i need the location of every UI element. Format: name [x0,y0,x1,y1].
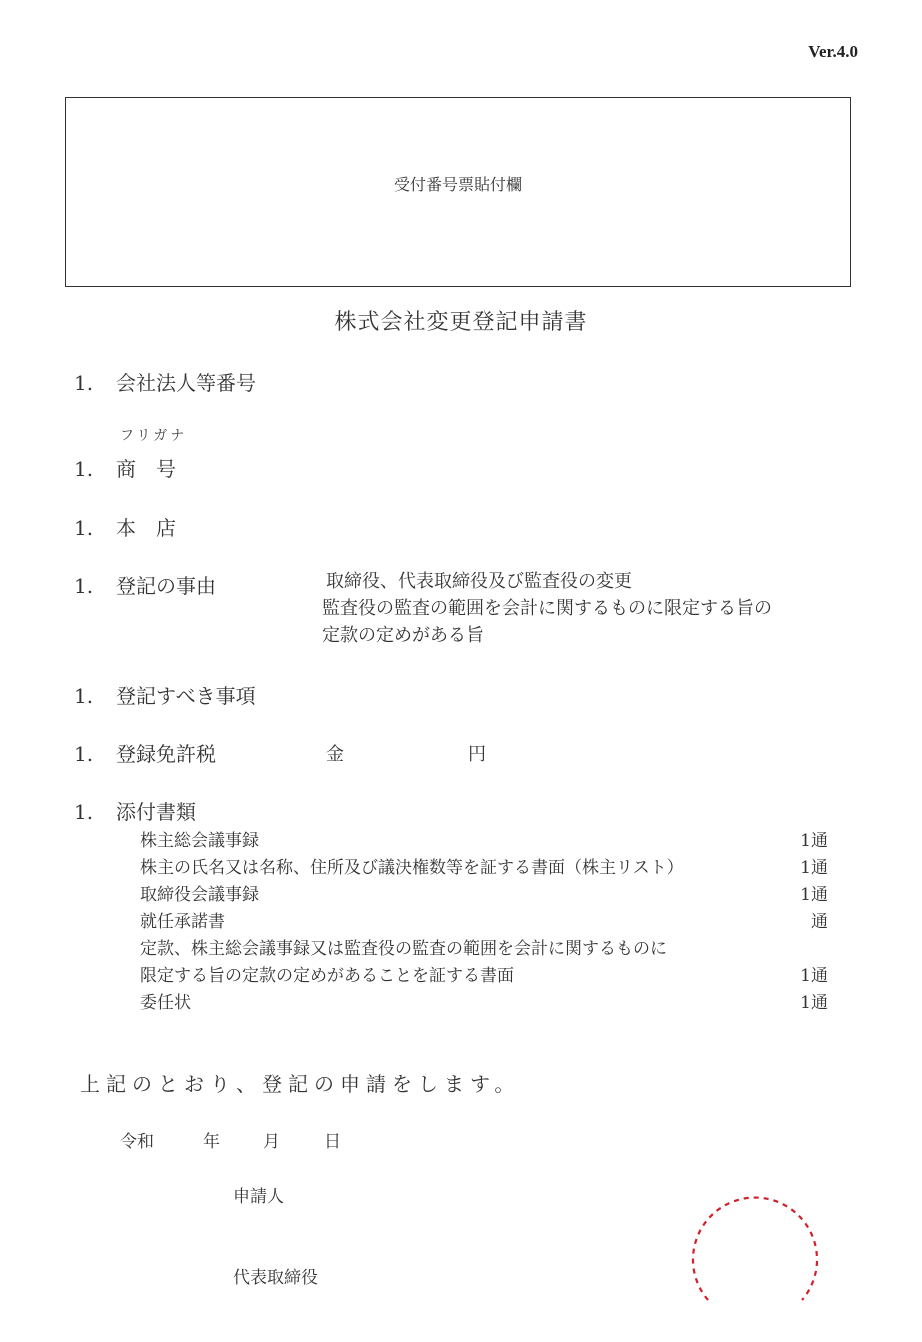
reason-line: 定款の定めがある旨 [322,622,772,649]
reason-line: 監査役の監査の範囲を会計に関するものに限定する旨の [322,595,772,622]
attachment-count: 1通 [800,880,828,905]
item-label: 本 店 [116,516,176,540]
item-registration-matters: 1.登記すべき事項 [74,680,256,709]
tax-unit: 円 [468,740,486,766]
item-label: 商 号 [116,457,176,481]
furigana-label: フリガナ [120,425,187,445]
attachment-name: 株主総会議事録 [140,826,259,851]
item-number: 1. [74,742,116,766]
representative-label: 代表取締役 [233,1263,318,1288]
attachment-name: 就任承諾書 [140,907,225,932]
reason-text: 取締役、代表取締役及び監査役の変更 監査役の監査の範囲を会計に関するものに限定す… [326,568,772,649]
attachment-row: 限定する旨の定款の定めがあることを証する書面 1通 [140,961,828,986]
item-head-office: 1.本 店 [74,512,176,541]
attachment-name: 限定する旨の定款の定めがあることを証する書面 [140,961,514,986]
attachment-row: 株主総会議事録 1通 [140,826,828,851]
item-number: 1. [74,516,116,540]
item-trade-name: 1.商 号 [74,453,176,482]
item-reason: 1.登記の事由 [74,570,216,599]
attachment-row: 定款、株主総会議事録又は監査役の監査の範囲を会計に関するものに [140,934,828,959]
item-label: 添付書類 [116,800,196,824]
receipt-box-label: 受付番号票貼付欄 [66,172,850,195]
attachment-row: 就任承諾書 通 [140,907,828,932]
item-label: 会社法人等番号 [116,371,256,395]
applicant-label: 申請人 [233,1182,284,1207]
closing-statement: 上記のとおり、登記の申請をします。 [80,1068,520,1097]
item-number: 1. [74,574,116,598]
date-day: 日 [324,1127,341,1152]
version-label: Ver.4.0 [808,42,858,62]
receipt-number-box: 受付番号票貼付欄 [65,97,851,287]
item-registration-tax: 1.登録免許税 [74,738,216,767]
item-label: 登記の事由 [116,574,216,598]
attachment-count: 通 [811,907,828,932]
attachment-count: 1通 [800,988,828,1013]
attachment-name: 株主の氏名又は名称、住所及び議決権数等を証する書面（株主リスト） [140,853,684,878]
item-label: 登記すべき事項 [116,684,256,708]
tax-prefix: 金 [326,740,344,766]
attachment-name: 委任状 [140,988,191,1013]
item-number: 1. [74,371,116,395]
attachment-row: 取締役会議事録 1通 [140,880,828,905]
reason-line: 取締役、代表取締役及び監査役の変更 [326,568,772,595]
attachment-name: 取締役会議事録 [140,880,259,905]
attachment-count: 1通 [800,826,828,851]
date-year: 年 [203,1127,220,1152]
item-number: 1. [74,800,116,824]
date-era: 令和 [120,1127,154,1152]
attachment-row: 委任状 1通 [140,988,828,1013]
attachment-row: 株主の氏名又は名称、住所及び議決権数等を証する書面（株主リスト） 1通 [140,853,828,878]
seal-circle-icon [690,1190,830,1310]
date-month: 月 [263,1127,280,1152]
attachment-count: 1通 [800,961,828,986]
document-title: 株式会社変更登記申請書 [0,305,922,336]
attachment-name: 定款、株主総会議事録又は監査役の監査の範囲を会計に関するものに [140,934,667,959]
item-attachments: 1.添付書類 [74,796,196,825]
attachment-count: 1通 [800,853,828,878]
item-corporate-number: 1.会社法人等番号 [74,367,256,396]
item-number: 1. [74,457,116,481]
item-label: 登録免許税 [116,742,216,766]
item-number: 1. [74,684,116,708]
